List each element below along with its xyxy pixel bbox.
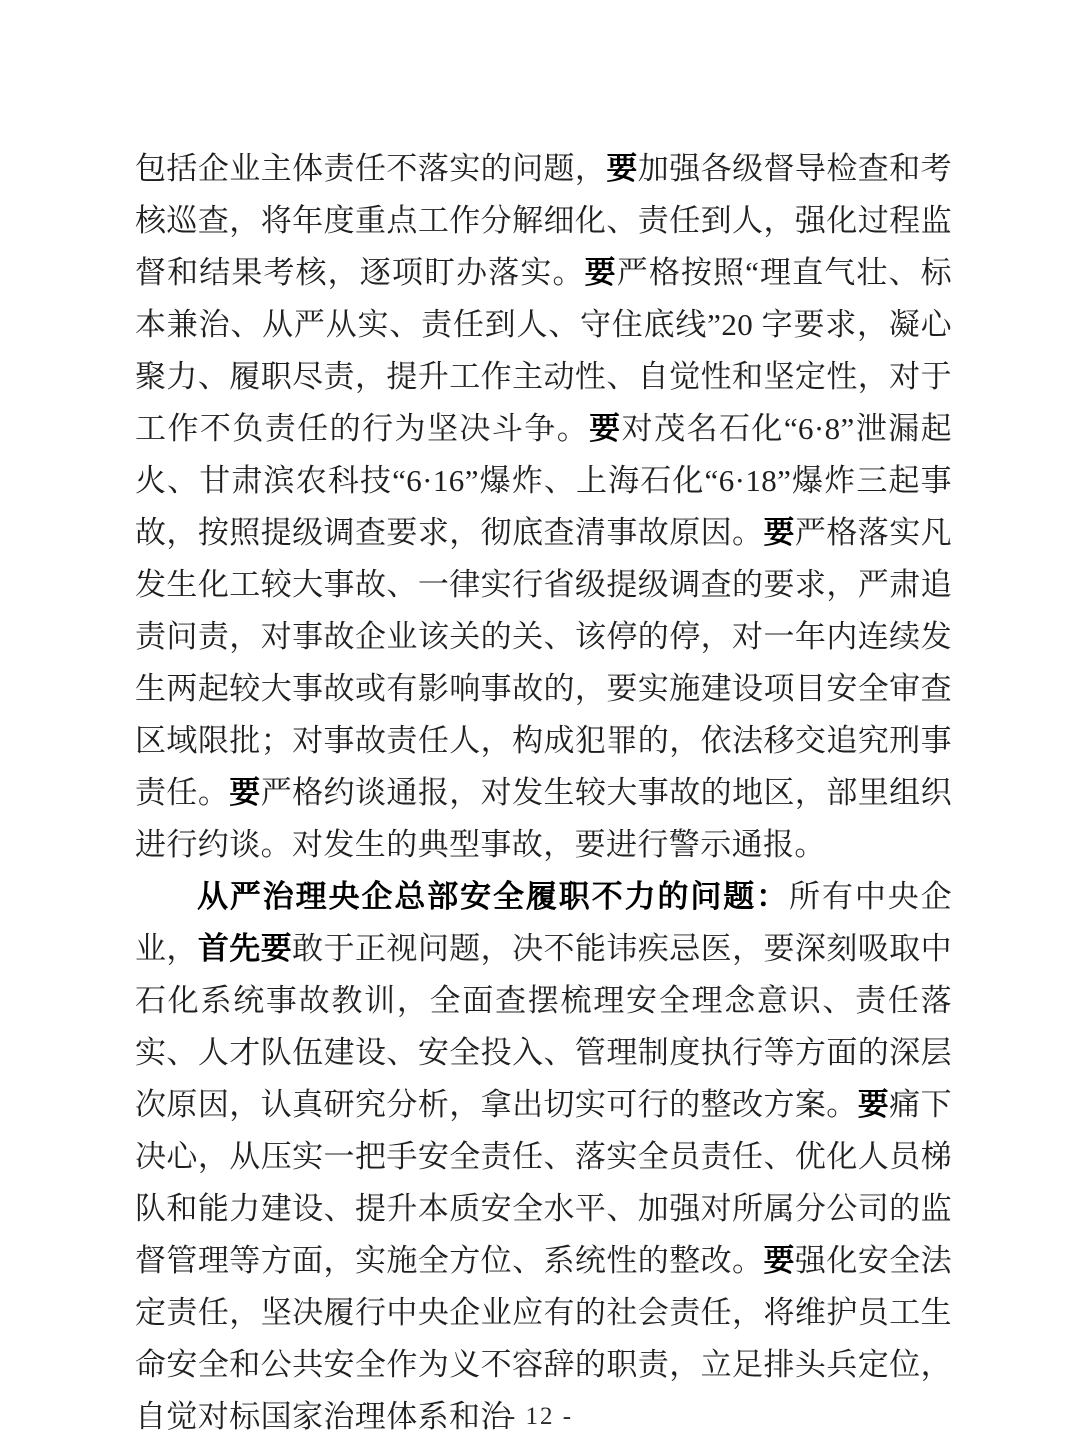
emphasis-run: 要 bbox=[763, 1243, 794, 1278]
emphasis-run: 要 bbox=[229, 775, 260, 810]
document-page: 包括企业主体责任不落实的问题，要加强各级督导检查和考核巡查，将年度重点工作分解细… bbox=[0, 0, 1080, 1455]
page-number: - 12 - bbox=[0, 1403, 1080, 1431]
paragraph: 从严治理央企总部安全履职不力的问题：所有中央企业，首先要敢于正视问题，决不能讳疾… bbox=[135, 871, 952, 1443]
paragraph-heading-run: 从严治理央企总部安全履职不力的问题： bbox=[197, 879, 789, 914]
paragraph: 包括企业主体责任不落实的问题，要加强各级督导检查和考核巡查，将年度重点工作分解细… bbox=[135, 143, 952, 871]
body-text-run: 包括企业主体责任不落实的问题， bbox=[135, 151, 606, 186]
emphasis-run: 首先要 bbox=[198, 931, 292, 966]
body-text-run: 严格落实凡发生化工较大事故、一律实行省级提级调查的要求，严肃追责问责，对事故企业… bbox=[135, 515, 952, 810]
emphasis-run: 要 bbox=[589, 411, 621, 446]
emphasis-run: 要 bbox=[858, 1087, 889, 1122]
emphasis-run: 要 bbox=[585, 255, 617, 290]
body-text: 包括企业主体责任不落实的问题，要加强各级督导检查和考核巡查，将年度重点工作分解细… bbox=[135, 143, 952, 1443]
emphasis-run: 要 bbox=[606, 151, 637, 186]
emphasis-run: 要 bbox=[763, 515, 794, 550]
